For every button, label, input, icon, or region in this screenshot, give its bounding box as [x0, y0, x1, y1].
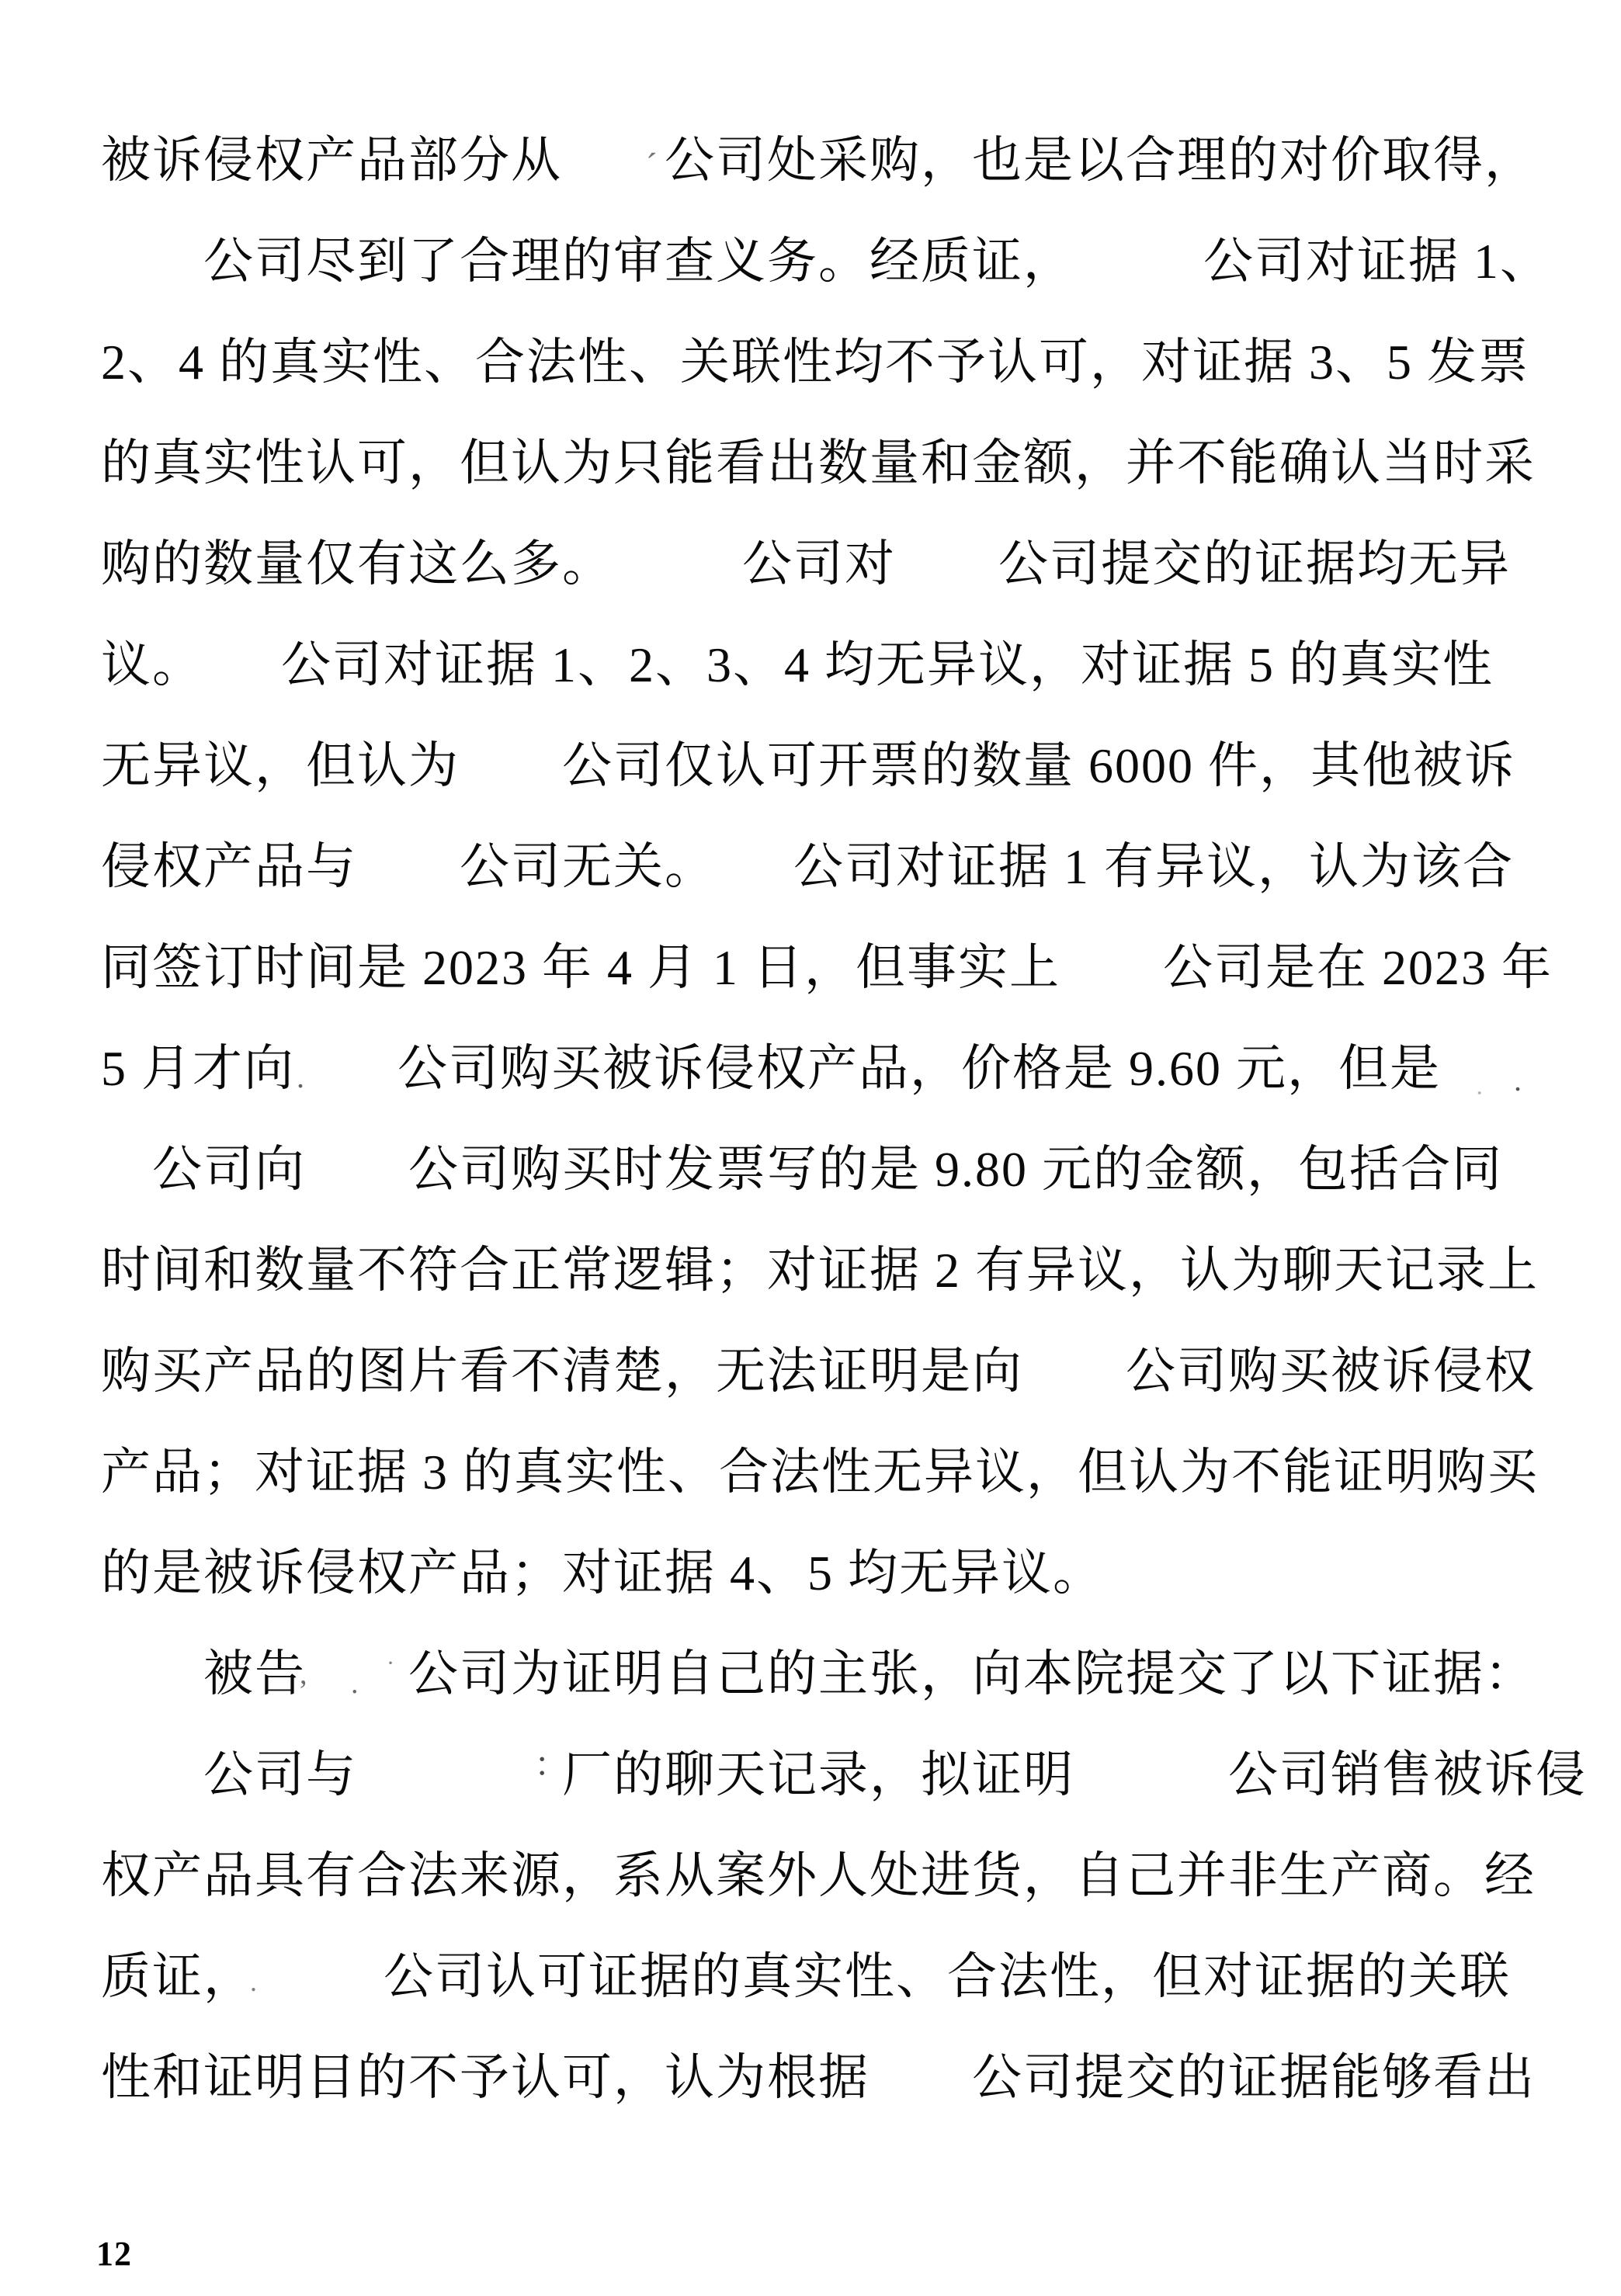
text-line: 议。 公司对证据 1、2、3、4 均无异议，对证据 5 的真实性: [101, 615, 1560, 716]
text-line: 的是被诉侵权产品；对证据 4、5 均无异议。: [101, 1523, 1560, 1624]
document-page: 被诉侵权产品部分从 公司处采购，也是以合理的对价取得， 公司尽到了合理的审查义务…: [0, 0, 1621, 2296]
text-line: 2、4 的真实性、合法性、关联性均不予认可，对证据 3、5 发票: [101, 312, 1560, 413]
text-line: 同签订时间是 2023 年 4 月 1 日，但事实上 公司是在 2023 年: [101, 917, 1560, 1018]
text-line: 产品；对证据 3 的真实性、合法性无异议，但认为不能证明购买: [101, 1422, 1560, 1523]
text-line: 公司向 公司购买时发票写的是 9.80 元的金额，包括合同: [101, 1119, 1560, 1220]
text-line: 公司尽到了合理的审查义务。经质证， 公司对证据 1、: [101, 211, 1560, 312]
text-line: 公司与 厂的聊天记录，拟证明 公司销售被诉侵: [101, 1725, 1560, 1826]
text-line: 购买产品的图片看不清楚，无法证明是向 公司购买被诉侵权: [101, 1321, 1560, 1422]
text-line: 的真实性认可，但认为只能看出数量和金额，并不能确认当时采: [101, 413, 1560, 514]
text-line: 质证， 公司认可证据的真实性、合法性，但对证据的关联: [101, 1927, 1560, 2027]
text-line: 时间和数量不符合正常逻辑；对证据 2 有异议，认为聊天记录上: [101, 1220, 1560, 1321]
text-line: 无异议，但认为 公司仅认可开票的数量 6000 件，其他被诉: [101, 716, 1560, 817]
page-number: 12: [96, 2234, 132, 2273]
body-text: 被诉侵权产品部分从 公司处采购，也是以合理的对价取得， 公司尽到了合理的审查义务…: [101, 110, 1560, 2128]
text-line: 权产品具有合法来源，系从案外人处进货，自己并非生产商。经: [101, 1826, 1560, 1927]
text-line: 被诉侵权产品部分从 公司处采购，也是以合理的对价取得，: [101, 110, 1560, 211]
text-line: 性和证明目的不予认可，认为根据 公司提交的证据能够看出: [101, 2027, 1560, 2128]
text-line: 购的数量仅有这么多。 公司对 公司提交的证据均无异: [101, 514, 1560, 615]
text-line: 5 月才向 公司购买被诉侵权产品，价格是 9.60 元，但是: [101, 1018, 1560, 1119]
text-line: 侵权产品与 公司无关。 公司对证据 1 有异议，认为该合: [101, 817, 1560, 917]
text-line: 被告 公司为证明自己的主张，向本院提交了以下证据：: [101, 1624, 1560, 1725]
